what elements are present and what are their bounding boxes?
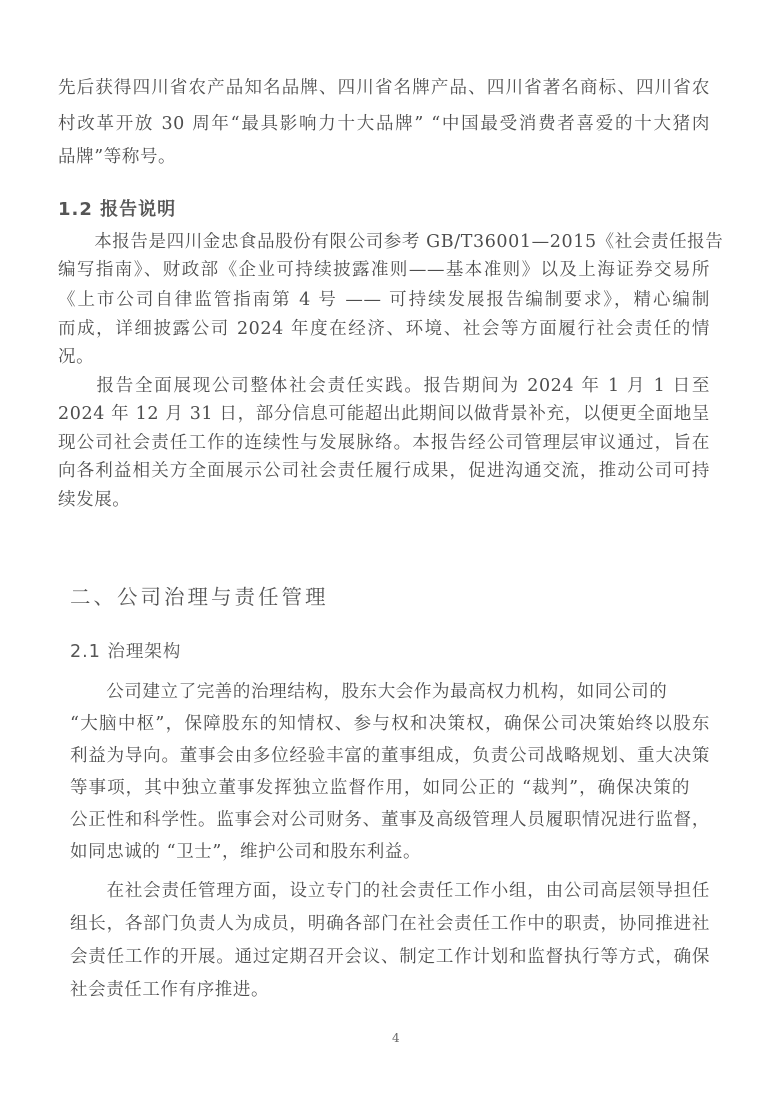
body-text-line: 报告全面展现公司整体社会责任实践。报告期间为 2024 年 1 月 1 日至 — [58, 375, 710, 397]
body-text-line: 现公司社会责任工作的连续性与发展脉络。本报告经公司管理层审议通过，旨在 — [58, 432, 710, 454]
body-text-line: 本报告是四川金忠食品股份有限公司参考 GB/T36001—2015《社会责任报告 — [58, 231, 710, 253]
body-text-line: 如同忠诚的 “卫士”，维护公司和股东利益。 — [70, 841, 710, 863]
body-text-line: “大脑中枢”，保障股东的知情权、参与权和决策权，确保公司决策始终以股东 — [70, 713, 710, 735]
body-text-line: 先后获得四川省农产品知名品牌、四川省名牌产品、四川省著名商标、四川省农 — [58, 77, 710, 99]
body-text-line: 编写指南》、财政部《企业可持续披露准则——基本准则》以及上海证券交易所 — [58, 259, 710, 281]
body-text-line: 等事项，其中独立董事发挥独立监督作用，如同公正的 “裁判”，确保决策的 — [70, 777, 690, 799]
body-text-line: 品牌”等称号。 — [58, 146, 710, 168]
body-text-line: 公正性和科学性。监事会对公司财务、董事及高级管理人员履职情况进行监督， — [70, 809, 710, 831]
body-text-line: 向各利益相关方全面展示公司社会责任履行成果，促进沟通交流，推动公司可持 — [58, 460, 710, 482]
body-text-line: 村改革开放 30 周年“最具影响力十大品牌” “中国最受消费者喜爱的十大猪肉 — [58, 113, 710, 135]
body-text-line: 《上市公司自律监管指南第 4 号 —— 可持续发展报告编制要求》，精心编制 — [58, 289, 710, 311]
body-text-line: 在社会责任管理方面，设立专门的社会责任工作小组，由公司高层领导担任 — [70, 880, 710, 902]
body-text-line: 2024 年 12 月 31 日，部分信息可能超出此期间以做背景补充，以便更全面… — [58, 403, 710, 425]
body-text-line: 组长，各部门负责人为成员，明确各部门在社会责任工作中的职责，协同推进社 — [70, 913, 710, 935]
section-heading-2-1: 2.1 治理架构 — [70, 638, 181, 663]
body-text-line: 而成，详细披露公司 2024 年度在经济、环境、社会等方面履行社会责任的情 — [58, 318, 710, 340]
body-text-line: 公司建立了完善的治理结构，股东大会作为最高权力机构，如同公司的 — [70, 681, 680, 703]
body-text-line: 续发展。 — [58, 489, 710, 511]
body-text-line: 况。 — [58, 346, 710, 368]
document-page: 先后获得四川省农产品知名品牌、四川省名牌产品、四川省著名商标、四川省农 村改革开… — [0, 0, 773, 1093]
body-text-line: 利益为导向。董事会由多位经验丰富的董事组成，负责公司战略规划、重大决策 — [70, 745, 710, 767]
page-number: 4 — [392, 1031, 400, 1045]
chapter-heading-2: 二、公司治理与责任管理 — [70, 580, 329, 610]
body-text-line: 社会责任工作有序推进。 — [70, 979, 710, 1001]
body-text-line: 会责任工作的开展。通过定期召开会议、制定工作计划和监督执行等方式，确保 — [70, 946, 710, 968]
section-heading-1-2: 1.2 报告说明 — [58, 195, 176, 221]
